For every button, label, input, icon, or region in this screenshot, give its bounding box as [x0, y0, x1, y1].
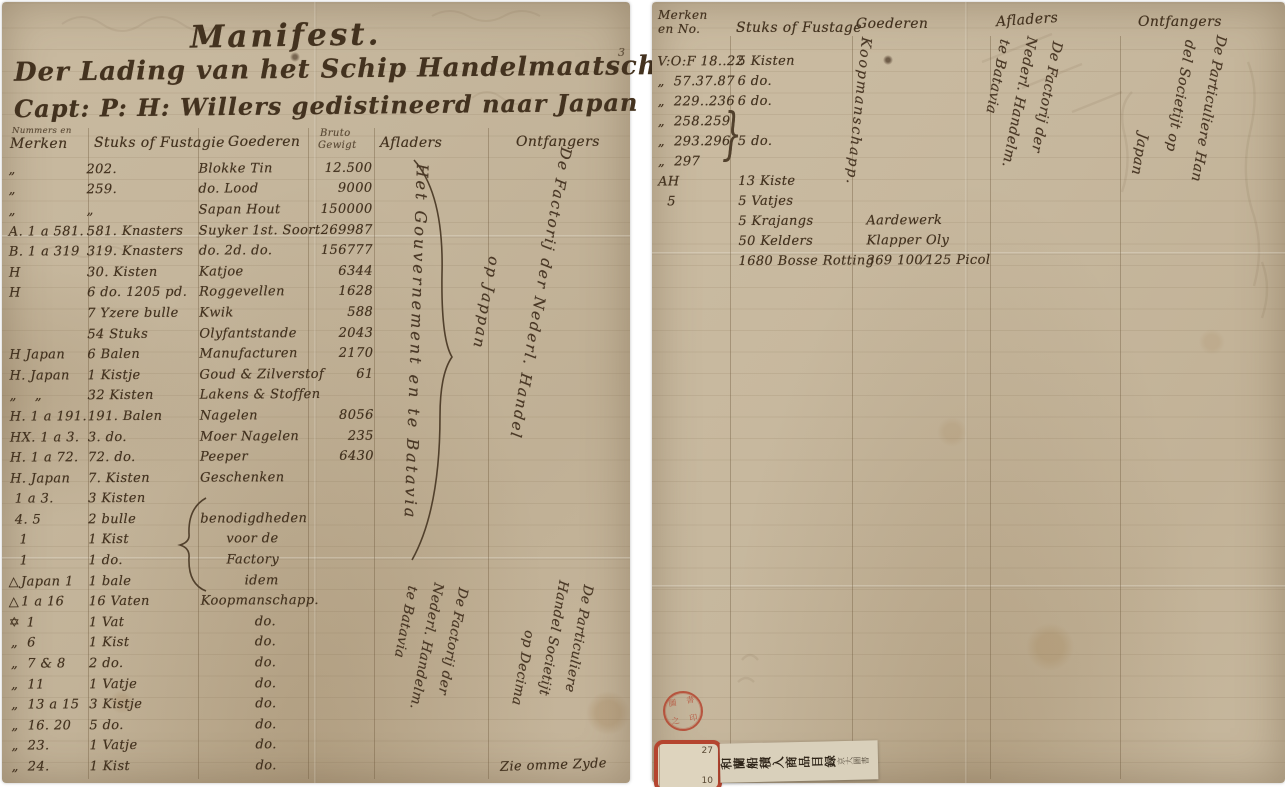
gewigt-cell: 156777 — [311, 243, 373, 258]
stuks-cell: 1 Kist — [89, 635, 201, 651]
ontfangers-annotation: De Particuliere Han del Societijt op Jap… — [1121, 22, 1236, 188]
gewigt-cell: 6430 — [312, 449, 374, 464]
grouping-brace-icon: } — [722, 102, 742, 167]
stuks-cell: 1 Vat — [89, 614, 201, 630]
goederen-cell — [866, 179, 1046, 180]
merk-cell: H. 1 a 191. — [8, 409, 88, 424]
stuks-cell: 1 bale — [89, 573, 201, 589]
stuks-cell: 3. do. — [88, 429, 200, 445]
merk-cell: H. Japan — [8, 471, 88, 486]
merk-cell: „ — [7, 203, 87, 218]
merk-cell: ✡ 1 — [9, 615, 89, 630]
stuks-cell: 1 Kist — [88, 532, 200, 548]
goederen-cell: Moer Nagelen — [200, 429, 312, 445]
merk-cell: H. Japan — [7, 368, 87, 383]
goederen-cell: Blokke Tin — [198, 161, 310, 177]
stuks-cell: 191. Balen — [88, 409, 200, 425]
goederen-cell: Aardewerk — [866, 212, 1046, 228]
merk-cell: V:O:F 18..22 — [657, 54, 737, 69]
goederen-cell: do. — [201, 696, 313, 712]
merk-cell: △Japan 1 — [9, 574, 89, 589]
merk-cell — [7, 327, 87, 342]
goederen-cell: Nagelen — [200, 408, 312, 424]
stuks-cell: 1 Vatje — [89, 738, 201, 754]
gewigt-cell: 150000 — [311, 202, 373, 217]
folio-number: 3 — [618, 46, 625, 59]
stuks-cell: „ — [87, 203, 199, 219]
column-header-stuks: Stuks of Fustagie — [94, 135, 225, 151]
library-round-seal: 圖 書 之 印 — [660, 688, 706, 734]
stuks-cell: 2 do. — [89, 656, 201, 672]
stuks-cell — [738, 120, 866, 121]
merk-cell: △1 a 16 — [9, 594, 89, 609]
goederen-cell: do. — [201, 737, 313, 753]
merk-cell: „ 11 — [9, 677, 89, 692]
table-row: 1680 Bosse Rotting 369 100⁄125 Picol — [658, 249, 1218, 272]
merk-cell: „ 6 — [9, 636, 89, 651]
cargo-mark-symbol: △ — [9, 574, 19, 589]
column-header-afladers: Afladers — [996, 10, 1059, 30]
column-header-stuks: Stuks of Fustage — [736, 20, 862, 36]
merk-cell: 1 — [8, 533, 88, 548]
goederen-cell: Lakens & Stoffen — [200, 387, 312, 403]
goederen-cell: Katjoe — [199, 264, 311, 280]
column-header-gewigt-2: Gewigt — [318, 140, 356, 151]
goederen-cell: Factory — [200, 552, 312, 568]
goederen-cell: Koopmanschapp. — [201, 593, 313, 609]
stuks-cell: 319. Knasters — [87, 244, 199, 260]
merk-cell: „ 7 & 8 — [9, 656, 89, 671]
merk-cell: „ — [6, 162, 86, 177]
gewigt-cell: 269987 — [311, 222, 373, 237]
japanese-title-slip: 和蘭船積入商品目録 京大圖書 — [720, 740, 879, 783]
catalog-label: 27 10 — [654, 740, 722, 787]
goederen-cell: Goud & Zilverstof — [199, 367, 311, 383]
stuks-cell: 54 Stuks — [87, 326, 199, 342]
gewigt-cell: 235 — [312, 428, 374, 443]
goederen-cell: do. 2d. do. — [199, 243, 311, 259]
goederen-cell: do. — [202, 758, 314, 774]
goederen-cell: idem — [201, 573, 313, 589]
cargo-mark-symbol: ✡ — [9, 615, 20, 630]
goederen-cell — [200, 498, 312, 499]
manifest-page-left: Manifest. Der Lading van het Schip Hande… — [2, 2, 630, 783]
stuks-cell: 50 Kelders — [738, 233, 866, 249]
gewigt-cell: 1628 — [311, 284, 373, 299]
stuks-cell: 72. do. — [88, 450, 200, 466]
merk-cell: H — [7, 286, 87, 301]
merk-cell: 1 a 3. — [8, 491, 88, 506]
gewigt-cell: 2170 — [311, 346, 373, 361]
stuks-cell: 2 bulle — [88, 511, 200, 527]
japanese-title-text: 和蘭船積入商品目録 京大圖書 — [720, 740, 879, 783]
merk-cell: „ 13 a 15 — [9, 697, 89, 712]
merk-cell: H. 1 a 72. — [8, 450, 88, 465]
manuscript-scan: Manifest. Der Lading van het Schip Hande… — [0, 0, 1285, 787]
merk-cell: „ — [7, 183, 87, 198]
gewigt-cell: 2043 — [311, 325, 373, 340]
stuks-cell: 5 Vatjes — [738, 193, 866, 209]
stuks-cell: 6 do. — [738, 73, 866, 89]
catalog-label-numbers: 27 10 — [659, 745, 717, 787]
stuks-cell: 6 do. 1205 pd. — [87, 285, 199, 301]
stuks-cell: 5 Kisten — [737, 53, 865, 69]
stuks-cell: 5 Krajangs — [738, 213, 866, 229]
stuks-cell: 1 Vatje — [89, 676, 201, 692]
column-header-merken: Merken — [10, 136, 68, 152]
goederen-cell: Peeper — [200, 449, 312, 465]
goederen-cell: do. — [201, 655, 313, 671]
gewigt-cell: 12.500 — [310, 160, 372, 175]
stuks-cell: 259. — [87, 182, 199, 198]
merk-cell: H Japan — [7, 347, 87, 362]
column-header-merken-small: Nummers en — [12, 126, 72, 136]
stuks-cell: 6 Balen — [87, 347, 199, 363]
merk-cell: 1 — [8, 553, 88, 568]
goederen-cell: Manufacturen — [199, 346, 311, 362]
stuks-cell: 32 Kisten — [88, 388, 200, 404]
gewigt-cell: 9000 — [311, 181, 373, 196]
gewigt-cell: 61 — [311, 366, 373, 381]
cargo-mark-symbol: △ — [9, 595, 19, 610]
goederen-cell — [866, 199, 1046, 200]
stuks-cell: 7 Yzere bulle — [87, 306, 199, 322]
merk-cell: „ 24. — [10, 759, 90, 774]
stuks-cell: 7. Kisten — [88, 470, 200, 486]
gewigt-cell: 6344 — [311, 263, 373, 278]
column-header-afladers: Afladers — [380, 135, 442, 151]
merk-cell: 5 — [658, 194, 738, 209]
gewigt-cell: 588 — [311, 305, 373, 320]
goederen-cell: Klapper Oly — [866, 232, 1046, 248]
column-header-gewigt-1: Bruto — [320, 128, 351, 139]
stuks-cell: 6 do. — [738, 93, 866, 109]
column-header-goederen: Goederen — [228, 134, 300, 150]
goederen-cell: do. — [201, 634, 313, 650]
stuks-cell: 202. — [86, 161, 198, 177]
merk-cell: 4. 5 — [8, 512, 88, 527]
merk-cell: B. 1 a 319 — [7, 244, 87, 259]
merk-cell: „ 23. — [9, 739, 89, 754]
column-header-goederen: Goederen — [856, 16, 928, 32]
goederen-cell: benodigdheden — [200, 511, 312, 527]
stuks-cell: 3 Kistje — [89, 697, 201, 713]
goederen-cell: Kwik — [199, 305, 311, 321]
merk-cell: „ 57.37.87 — [658, 74, 738, 89]
stuks-cell: 5 do. — [89, 717, 201, 733]
goederen-cell: 369 100⁄125 Picol — [866, 252, 1046, 268]
stuks-cell: 3 Kisten — [88, 491, 200, 507]
goederen-cell: voor de — [200, 532, 312, 548]
manifest-page-right: Merken en No. Stuks of Fustage Goederen … — [652, 2, 1285, 783]
document-title: Manifest. — [190, 16, 382, 55]
stuks-cell: 1680 Bosse Rotting — [738, 253, 866, 269]
goederen-cell: do. — [201, 614, 313, 630]
goederen-cell: do. — [201, 717, 313, 733]
stuks-cell: 30. Kisten — [87, 264, 199, 280]
merk-cell: A. 1 a 581. — [7, 224, 87, 239]
stuks-cell: 16 Vaten — [89, 594, 201, 610]
merk-cell: H — [7, 265, 87, 280]
merk-cell — [7, 306, 87, 321]
column-header-merken-1: Merken — [658, 8, 708, 22]
stuks-cell: 1 do. — [88, 553, 200, 569]
gewigt-cell: 8056 — [312, 408, 374, 423]
goederen-cell: do. — [201, 676, 313, 692]
goederen-cell: Roggevellen — [199, 284, 311, 300]
stuks-cell: 1 Kistje — [87, 367, 199, 383]
merk-cell: „ 16. 20 — [9, 718, 89, 733]
merk-cell: „ „ — [8, 389, 88, 404]
merk-cell: HX. 1 a 3. — [8, 430, 88, 445]
goederen-cell: Olyfantstande — [199, 326, 311, 342]
title-line2: Der Lading van het Schip Handelmaatschap… — [14, 50, 735, 88]
goederen-cell: do. Lood — [199, 181, 311, 197]
stuks-cell: 1 Kist — [90, 759, 202, 775]
column-header-merken-2: en No. — [658, 22, 700, 36]
goederen-cell: Sapan Hout — [199, 202, 311, 218]
stuks-cell: 581. Knasters — [87, 223, 199, 239]
merk-cell: AH — [658, 174, 738, 189]
title-line3: Capt: P: H: Willers gedistineerd naar Ja… — [14, 88, 639, 124]
goederen-cell: Geschenken — [200, 470, 312, 486]
fold-crease — [652, 585, 1285, 588]
goederen-cell: Suyker 1st. Soort — [199, 223, 311, 239]
